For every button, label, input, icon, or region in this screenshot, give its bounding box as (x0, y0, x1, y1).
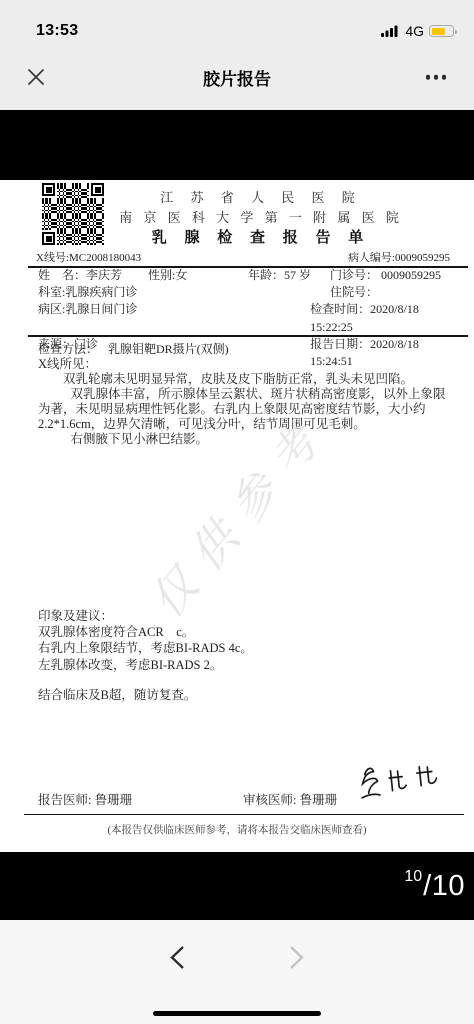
report-doctor-name: 鲁珊珊 (95, 793, 133, 807)
gender-field: 性别:女 (148, 267, 248, 284)
exam-method-field: 检查方法：乳腺钼靶DR摄片(双侧) (38, 340, 229, 357)
age-label: 年龄： (248, 268, 284, 282)
impression-line: 双乳腺体密度符合ACR c。 (38, 624, 452, 640)
exam-time-label: 检查时间： (310, 302, 370, 316)
xray-number: X线号:MC2008180043 (36, 249, 141, 265)
report-doctor-label: 报告医师: (38, 793, 95, 807)
department-value: 乳腺疾病门诊 (65, 285, 137, 299)
name-field: 姓 名：李庆芳 (38, 267, 148, 284)
info-row-1: 姓 名：李庆芳 性别:女 年龄：57 岁 门诊号： 0009059295 (38, 267, 454, 284)
document-header: 江 苏 省 人 民 医 院 南 京 医 科 大 学 第 一 附 属 医 院 乳 … (48, 188, 474, 249)
viewer-letterbox-top (0, 110, 474, 180)
ward-field: 病区:乳腺日间门诊 (38, 301, 310, 335)
divider (24, 814, 464, 815)
page-separator: / (423, 870, 432, 902)
name-label: 姓 名： (38, 268, 86, 282)
info-row-3: 病区:乳腺日间门诊 检查时间：2020/8/18 15:22:25 (38, 301, 454, 335)
findings-paragraph: 双乳腺体丰富，所示腺体呈云絮状、斑片状稍高密度影，以外上象限为著，未见明显病理性… (38, 387, 452, 432)
report-title: 乳 腺 检 查 报 告 单 (48, 228, 474, 249)
gender-label: 性别: (148, 268, 175, 282)
status-bar: 13:53 4G (0, 0, 474, 44)
name-value: 李庆芳 (86, 268, 122, 282)
outpatient-label: 门诊号： (330, 268, 378, 282)
findings-title: X线所见： (38, 357, 452, 372)
more-menu-button[interactable] (426, 69, 447, 86)
report-date-label: 报告日期： (310, 337, 370, 351)
outpatient-value: 0009059295 (381, 268, 441, 282)
gender-value: 女 (175, 268, 187, 282)
patient-number: 病人编号:0009059295 (348, 249, 450, 265)
more-dot-icon (426, 75, 431, 80)
department-label: 科室: (38, 285, 65, 299)
exam-time-field: 检查时间：2020/8/18 15:22:25 (310, 301, 454, 335)
age-field: 年龄：57 岁 (248, 267, 330, 284)
total-pages: /10 (423, 870, 465, 903)
hospital-name-line1: 江 苏 省 人 民 医 院 (48, 188, 474, 208)
info-row-2: 科室:乳腺疾病门诊 住院号： (38, 284, 454, 301)
findings-paragraph: 双乳轮廓未见明显异常，皮肤及皮下脂肪正常，乳头未见凹陷。 (38, 372, 452, 387)
battery-level (432, 28, 445, 35)
inpatient-field: 住院号： (330, 284, 378, 301)
age-value: 57 岁 (284, 268, 311, 282)
review-doctor-field: 审核医师: 鲁珊珊 (243, 790, 337, 808)
report-document[interactable]: 江 苏 省 人 民 医 院 南 京 医 科 大 学 第 一 附 属 医 院 乳 … (0, 180, 474, 852)
ward-value: 乳腺日间门诊 (65, 302, 137, 316)
nav-bar: 胶片报告 (0, 44, 474, 110)
signal-icon (381, 25, 400, 37)
footer-disclaimer: (本报告仅供临床医师参考，请将本报告交临床医师查看) (0, 822, 474, 837)
close-icon (26, 67, 46, 87)
more-dot-icon (434, 75, 439, 80)
advice-line: 结合临床及B超，随访复查。 (38, 687, 452, 703)
more-dot-icon (442, 75, 447, 80)
network-type-label: 4G (405, 23, 424, 39)
findings-paragraph: 右侧腋下见小淋巴结影。 (38, 432, 452, 447)
impression-title: 印象及建议： (38, 608, 452, 624)
impression-section: 印象及建议： 双乳腺体密度符合ACR c。 右乳内上象限结节，考虑BI-RADS… (38, 608, 452, 703)
total-pages-value: 10 (432, 870, 465, 902)
outpatient-field: 门诊号： 0009059295 (330, 267, 441, 284)
divider (28, 335, 468, 337)
pagination-footer (0, 920, 474, 1024)
department-field: 科室:乳腺疾病门诊 (38, 284, 330, 301)
close-button[interactable] (26, 67, 46, 87)
handwritten-signature (350, 756, 449, 814)
inpatient-label: 住院号： (330, 285, 378, 299)
status-right: 4G (381, 23, 454, 40)
battery-nub (455, 30, 457, 35)
chevron-right-icon (288, 945, 305, 970)
page-title: 胶片报告 (203, 65, 271, 90)
top-chrome: 13:53 4G (0, 0, 474, 110)
screen: 13:53 4G (0, 0, 474, 1024)
page-indicator-bar: 10 /10 (0, 852, 474, 920)
status-time: 13:53 (36, 22, 78, 40)
review-doctor-label: 审核医师: (243, 793, 300, 807)
home-indicator[interactable] (153, 1011, 321, 1016)
id-row: X线号:MC2008180043 病人编号:0009059295 (36, 249, 450, 265)
report-doctor-field: 报告医师: 鲁珊珊 (38, 790, 243, 808)
ward-label: 病区: (38, 302, 65, 316)
hospital-name-line2: 南 京 医 科 大 学 第 一 附 属 医 院 (48, 208, 474, 228)
current-page: 10 (404, 868, 422, 886)
impression-line: 左乳腺体改变，考虑BI-RADS 2。 (38, 657, 452, 673)
findings-section: X线所见： 双乳轮廓未见明显异常，皮肤及皮下脂肪正常，乳头未见凹陷。 双乳腺体丰… (38, 357, 452, 447)
review-doctor-name: 鲁珊珊 (300, 793, 338, 807)
chevron-left-icon (169, 945, 186, 970)
exam-method-value: 乳腺钼靶DR摄片(双侧) (108, 342, 229, 356)
battery-icon (429, 25, 454, 37)
exam-method-label: 检查方法： (38, 342, 98, 356)
impression-line: 右乳内上象限结节，考虑BI-RADS 4c。 (38, 640, 452, 656)
